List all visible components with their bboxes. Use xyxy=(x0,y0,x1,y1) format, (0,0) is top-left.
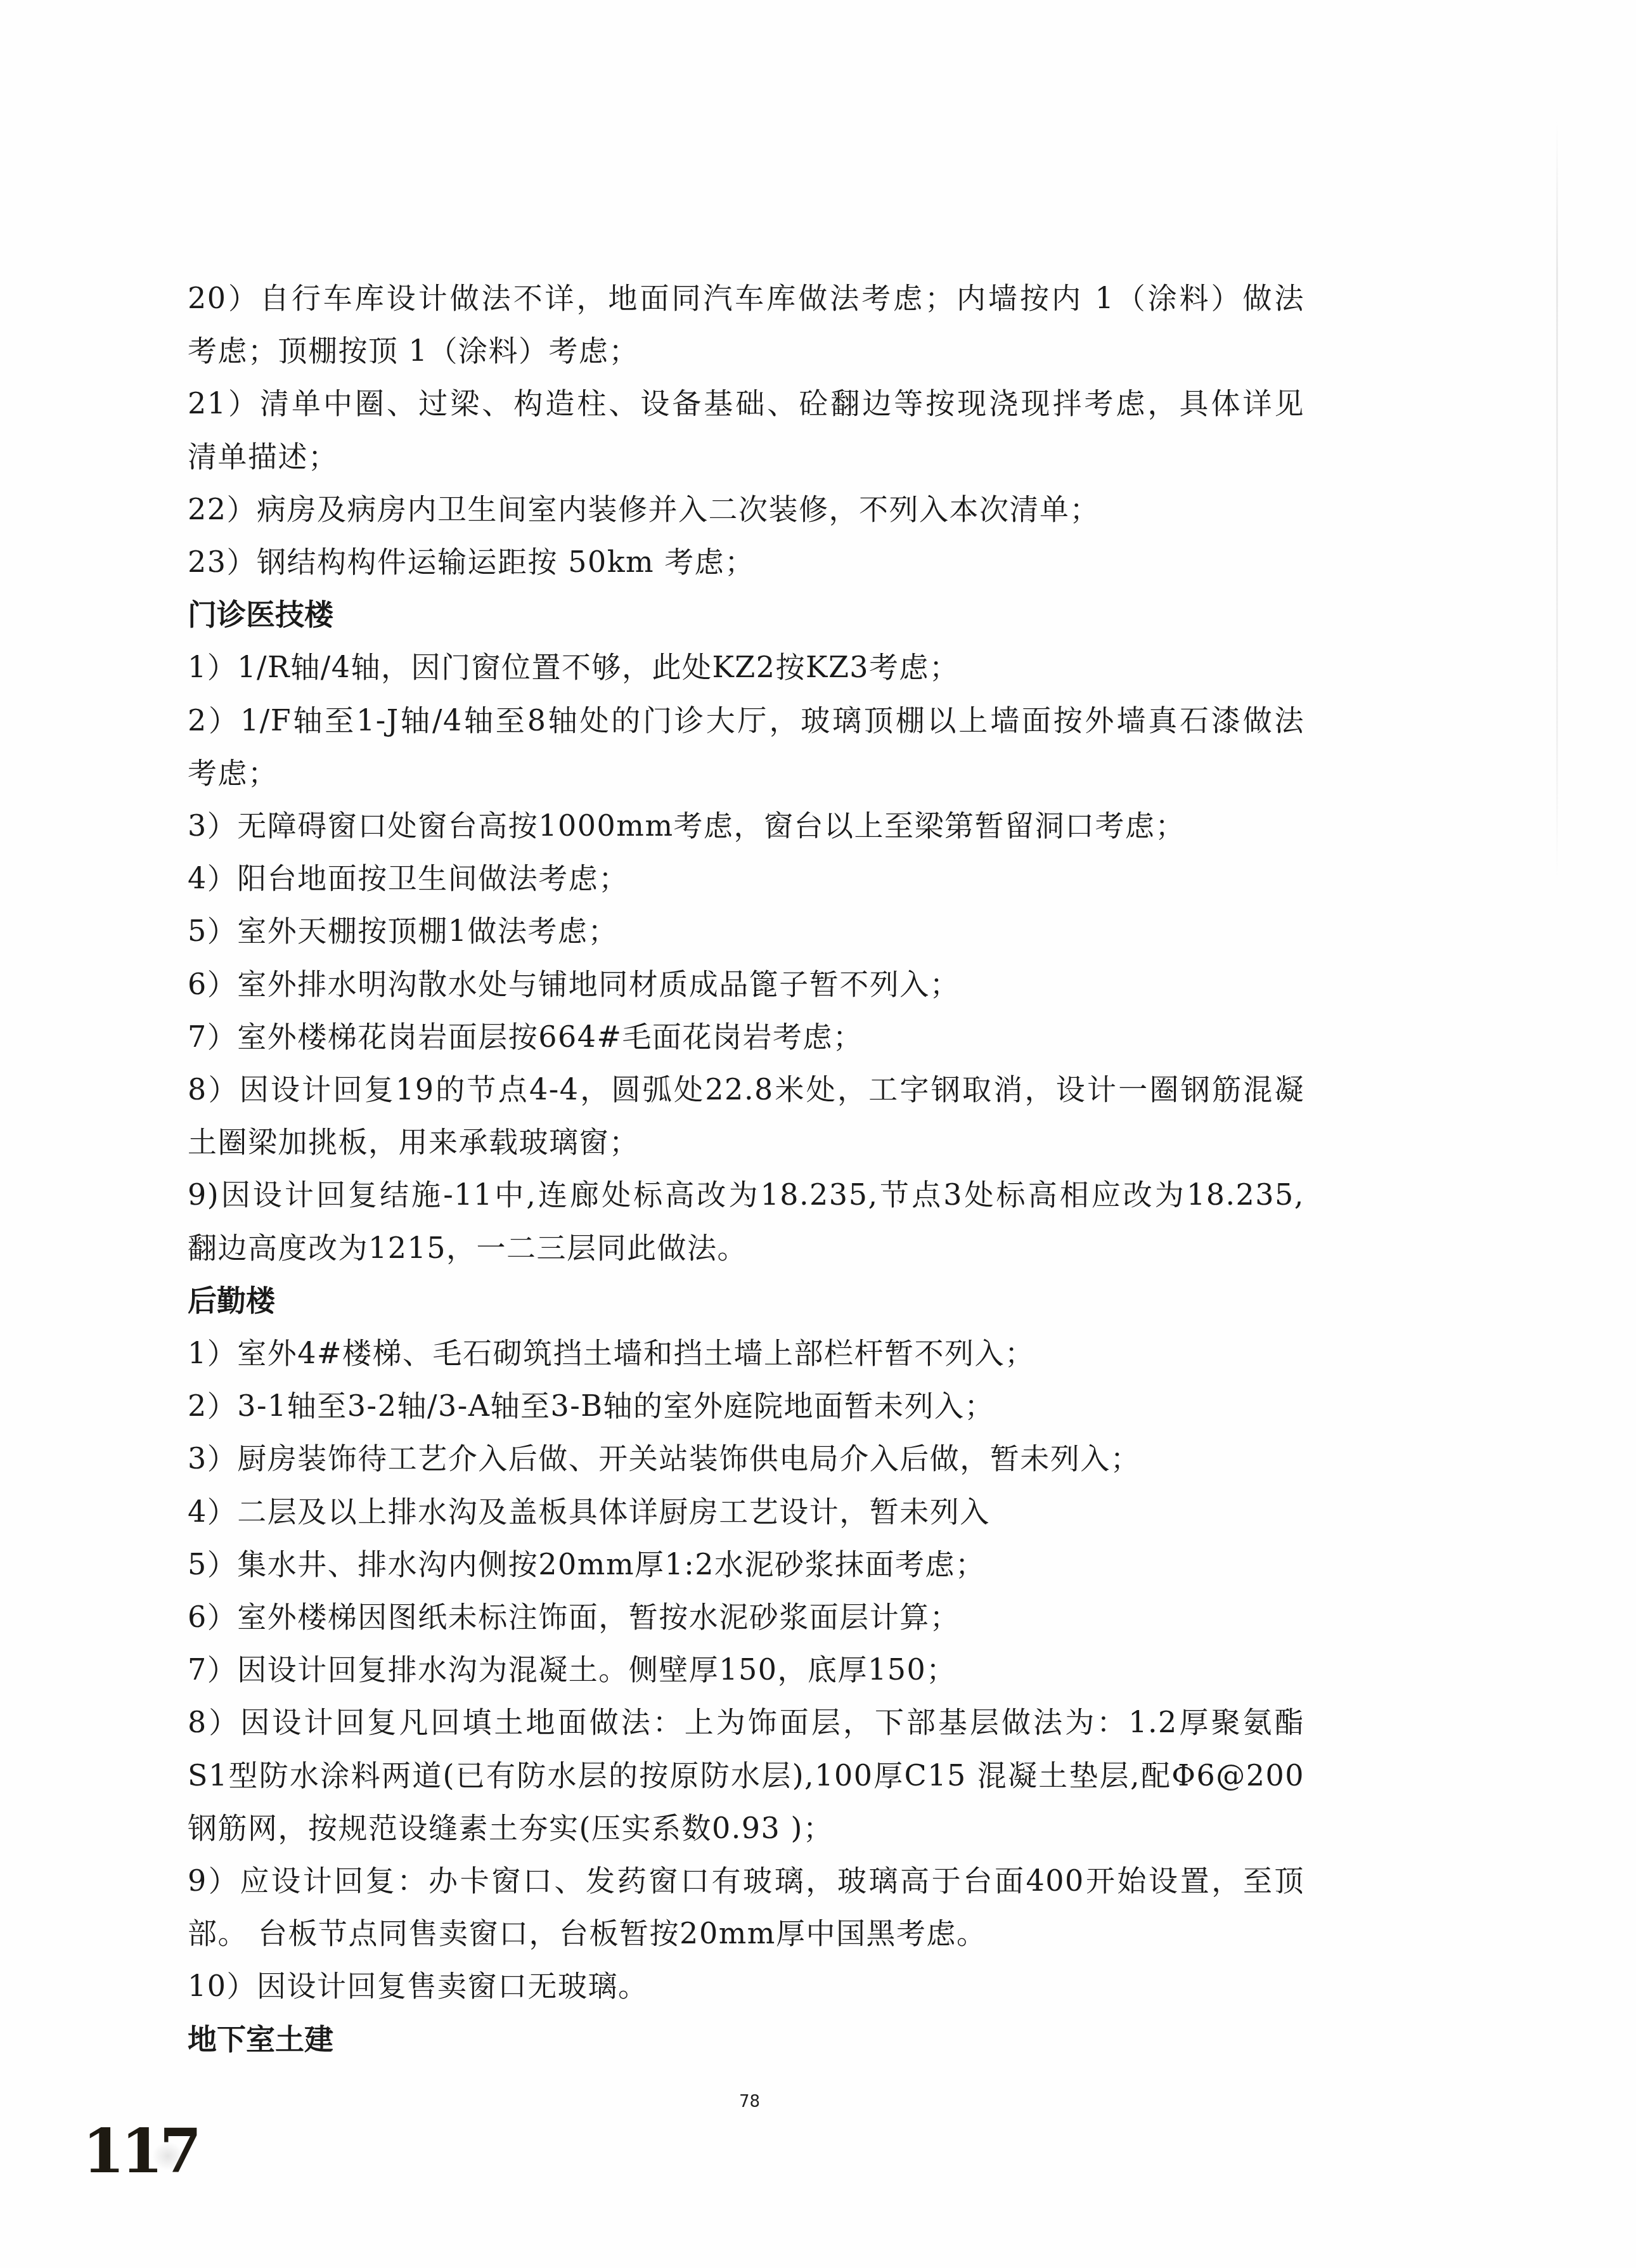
section-heading: 门诊医技楼 xyxy=(188,595,333,633)
text-line: 20）自行车库设计做法不详，地面同汽车库做法考虑；内墙按内 1（涂料）做法 xyxy=(188,279,1304,317)
text-line: 1）1/R轴/4轴，因门窗位置不够，此处KZ2按KZ3考虑； xyxy=(188,648,960,686)
page-number: 78 xyxy=(739,2092,760,2111)
text-line: 8）因设计回复19的节点4-4，圆弧处22.8米处，工字钢取消，设计一圈钢筋混凝 xyxy=(188,1070,1304,1108)
text-line: 部。 台板节点同售卖窗口，台板暂按20mm厚中国黑考虑。 xyxy=(188,1914,986,1952)
text-line: 9）应设计回复：办卡窗口、发药窗口有玻璃，玻璃高于台面400开始设置，至顶 xyxy=(188,1862,1304,1900)
text-line: 考虑；顶棚按顶 1（涂料）考虑； xyxy=(188,332,639,370)
scan-edge-artifact xyxy=(1556,120,1558,881)
text-line: 2）3-1轴至3-2轴/3-A轴至3-B轴的室外庭院地面暂未列入； xyxy=(188,1387,995,1425)
text-line: 5）室外天棚按顶棚1做法考虑； xyxy=(188,912,618,950)
text-line: 8）因设计回复凡回填土地面做法：上为饰面层，下部基层做法为：1.2厚聚氨酯 xyxy=(188,1703,1304,1741)
text-line: 6）室外排水明沟散水处与铺地同材质成品篦子暂不列入； xyxy=(188,965,960,1003)
text-line: 翻边高度改为1215，一二三层同此做法。 xyxy=(188,1229,747,1267)
text-line: 21）清单中圈、过梁、构造柱、设备基础、砼翻边等按现浇现拌考虑，具体详见 xyxy=(188,384,1304,422)
text-line: 4）阳台地面按卫生间做法考虑； xyxy=(188,859,629,897)
text-line: 22）病房及病房内卫生间室内装修并入二次装修，不列入本次清单； xyxy=(188,490,1100,528)
text-line: S1型防水涂料两道(已有防水层的按原防水层),100厚C15 混凝土垫层,配Φ6… xyxy=(188,1756,1304,1794)
text-line: 10）因设计回复售卖窗口无玻璃。 xyxy=(188,1967,648,2005)
text-line: 7）因设计回复排水沟为混凝土。侧壁厚150，底厚150； xyxy=(188,1650,956,1688)
text-line: 6）室外楼梯因图纸未标注饰面，暂按水泥砂浆面层计算； xyxy=(188,1598,960,1636)
text-line: 土圈梁加挑板，用来承载玻璃窗； xyxy=(188,1123,640,1161)
text-line: 9)因设计回复结施-11中,连廊处标高改为18.235,节点3处标高相应改为18… xyxy=(188,1176,1304,1214)
text-line: 1）室外4#楼梯、毛石砌筑挡土墙和挡土墙上部栏杆暂不列入； xyxy=(188,1334,1035,1372)
text-line: 23）钢结构构件运输运距按 50km 考虑； xyxy=(188,543,755,581)
text-line: 5）集水井、排水沟内侧按20mm厚1:2水泥砂浆抹面考虑； xyxy=(188,1545,986,1583)
text-line: 考虑； xyxy=(188,754,278,792)
stamp-smudge xyxy=(152,2142,184,2170)
section-heading: 地下室土建 xyxy=(188,2020,333,2058)
text-line: 4）二层及以上排水沟及盖板具体详厨房工艺设计，暂未列入 xyxy=(188,1493,990,1531)
text-line: 7）室外楼梯花岗岩面层按664#毛面花岗岩考虑； xyxy=(188,1018,863,1056)
section-heading: 后勤楼 xyxy=(188,1281,275,1319)
text-line: 3）厨房装饰待工艺介入后做、开关站装饰供电局介入后做，暂未列入； xyxy=(188,1439,1140,1477)
text-line: 钢筋网，按规范设缝素土夯实(压实系数0.93 )； xyxy=(188,1809,833,1847)
text-line: 2）1/F轴至1-J轴/4轴至8轴处的门诊大厅，玻璃顶棚以上墙面按外墙真石漆做法 xyxy=(188,701,1304,739)
document-page: 20）自行车库设计做法不详，地面同汽车库做法考虑；内墙按内 1（涂料）做法考虑；… xyxy=(0,0,1636,2268)
text-line: 清单描述； xyxy=(188,437,338,476)
text-line: 3）无障碍窗口处窗台高按1000mm考虑，窗台以上至梁第暂留洞口考虑； xyxy=(188,807,1185,845)
